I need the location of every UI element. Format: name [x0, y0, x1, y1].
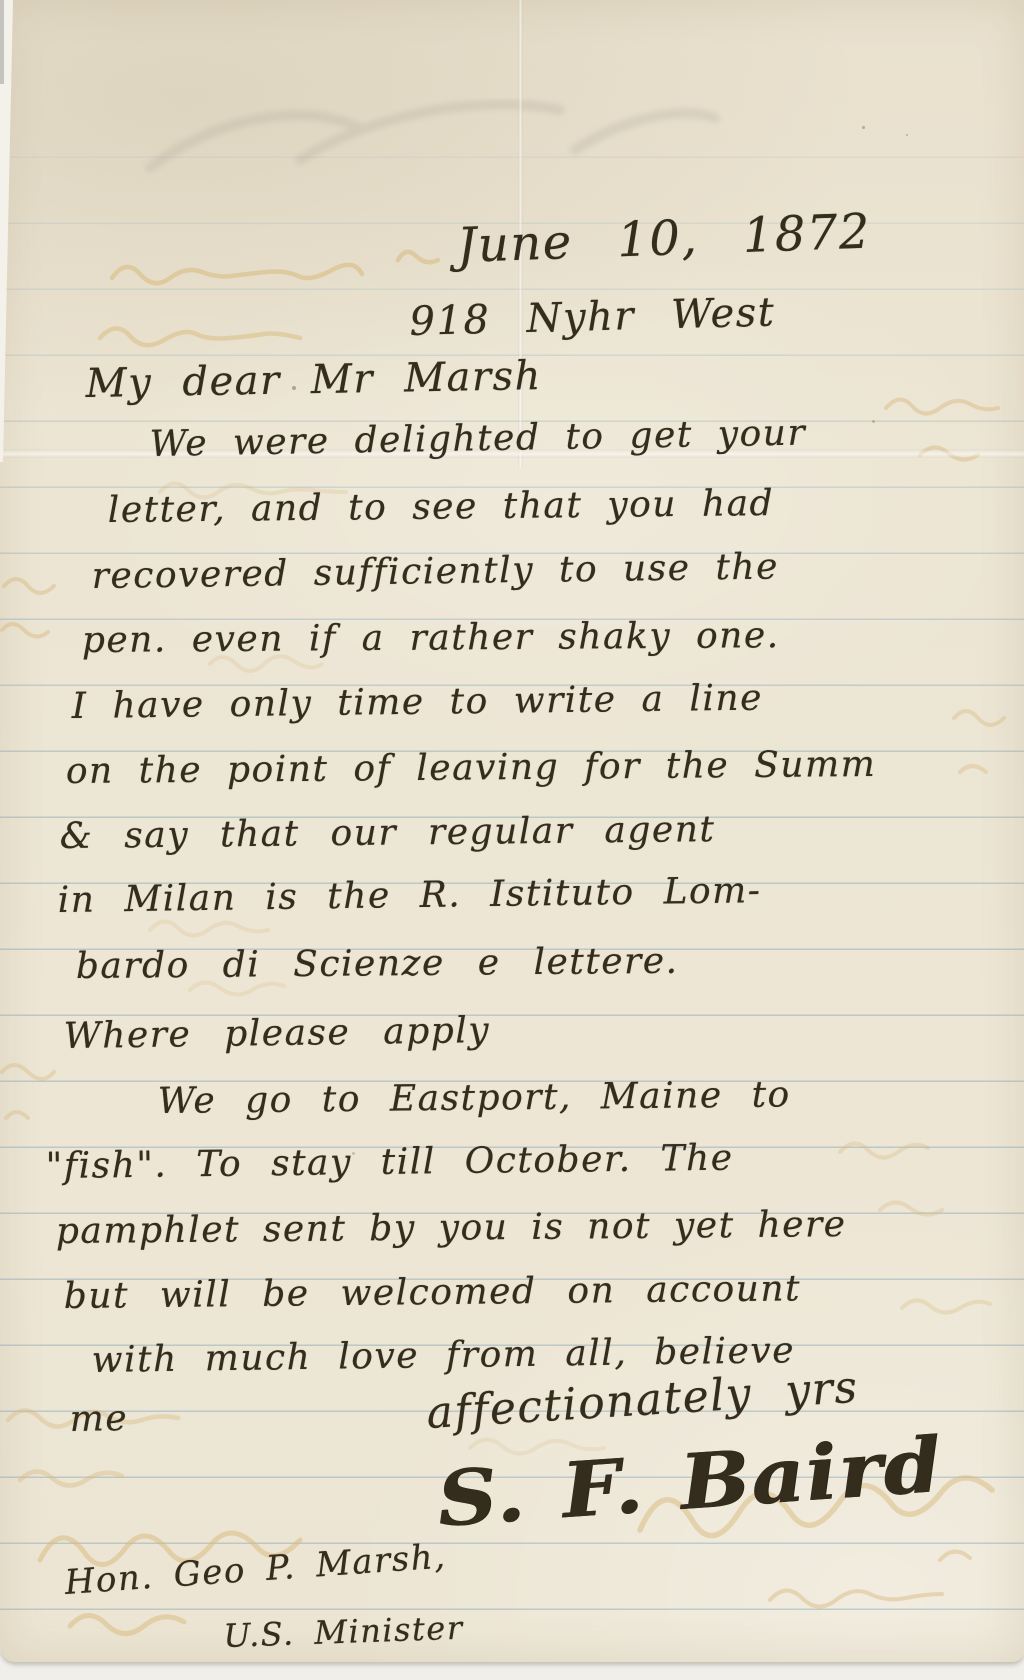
body-line: We go to Eastport, Maine to [158, 1077, 791, 1120]
body-line: but will be welcomed on account [64, 1271, 802, 1315]
bleed-through-stroke [840, 1143, 942, 1214]
bleed-through-stroke [112, 252, 438, 283]
foxing-speck [872, 420, 875, 423]
bleed-through-stroke [100, 328, 300, 345]
bleed-through-stroke [954, 711, 1004, 772]
bleed-through-stroke [770, 1551, 970, 1606]
salutation: My dear Mr Marsh [85, 356, 542, 404]
address-line: 918 Nyhr West [409, 292, 776, 342]
letter-scan: June 10, 1872 918 Nyhr West My dear Mr M… [0, 0, 1024, 1680]
body-line: letter, and to see that you had [108, 486, 775, 529]
body-line: me [69, 1401, 128, 1438]
foxing-speck [862, 126, 865, 129]
bleed-through-stroke [2, 579, 54, 637]
body-line: in Milan is the R. Istituto Lom- [57, 873, 761, 919]
body-line: pamphlet sent by you is not yet here [56, 1207, 847, 1250]
recipient-title-line: U.S. Minister [223, 1612, 464, 1652]
bleed-through-stroke [2, 1065, 54, 1118]
body-line: "fish". To stay till October. The [46, 1141, 734, 1185]
date-line: June 10, 1872 [456, 208, 871, 270]
body-line: Where please apply [63, 1013, 490, 1055]
bleed-through-stroke [150, 104, 715, 168]
bleed-through-stroke [902, 1300, 990, 1312]
body-line: & say that our regular agent [60, 812, 716, 855]
body-line: I have only time to write a line [72, 681, 764, 725]
body-line: recovered sufficiently to use the [91, 549, 779, 595]
body-line: on the point of leaving for the Summ [66, 747, 877, 790]
foxing-speck [906, 134, 908, 136]
body-line: bardo di Scienze e lettere. [76, 944, 679, 985]
paper-corner-mark [0, 0, 4, 84]
body-line: pen. even if a rather shaky one. [82, 618, 780, 659]
